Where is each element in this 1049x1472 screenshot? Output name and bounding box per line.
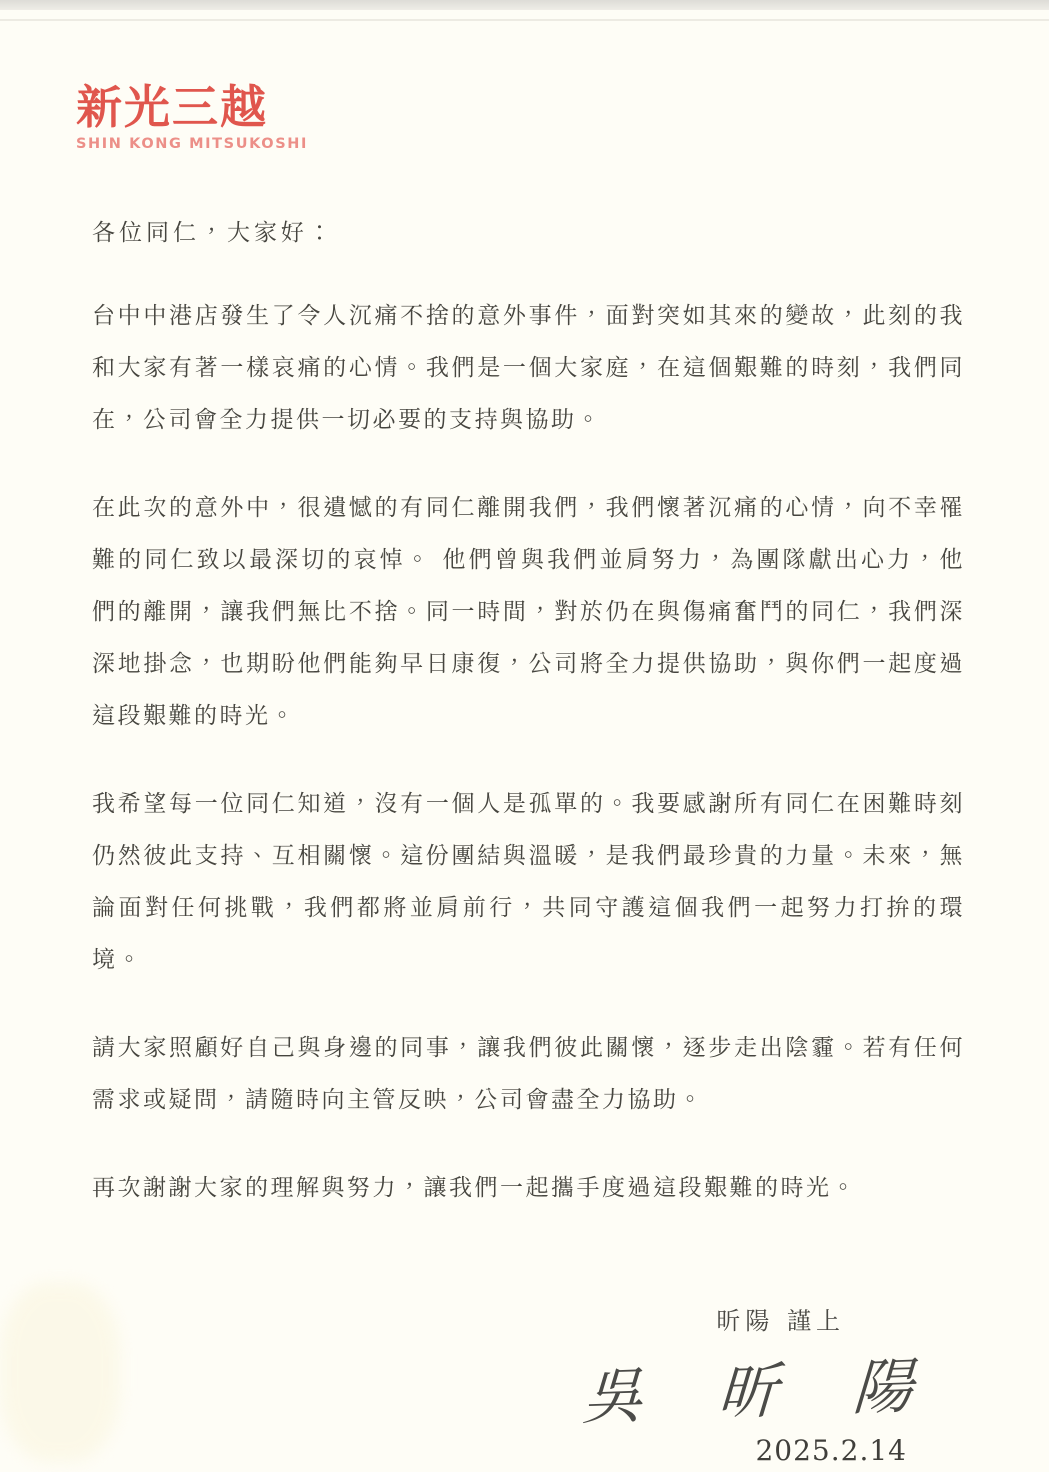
letter-paragraph-4: 請大家照顧好自己與身邊的同事，讓我們彼此關懷，逐步走出陰霾。若有任何需求或疑問，…	[92, 1023, 965, 1127]
letter-paragraph-1: 台中中港店發生了令人沉痛不捨的意外事件，面對突如其來的變故，此刻的我和大家有著一…	[92, 291, 965, 447]
signature-block: 昕陽 謹上 吳 昕 陽 2025.2.14	[92, 1301, 965, 1467]
letter-paragraph-3: 我希望每一位同仁知道，沒有一個人是孤單的。我要感謝所有同仁在困難時刻仍然彼此支持…	[92, 779, 965, 987]
letter-closing: 昕陽 謹上	[716, 1301, 845, 1336]
letter-greeting: 各位同仁，大家好：	[92, 214, 965, 247]
scan-artifact-top-band	[0, 0, 1049, 10]
letter-date: 2025.2.14	[755, 1434, 907, 1467]
brand-logo-english-wordmark: SHIN KONG MITSUKOSHI	[76, 136, 308, 152]
brand-logo-chinese-wordmark: 新光三越	[76, 82, 308, 133]
letter-paragraph-5: 再次謝謝大家的理解與努力，讓我們一起攜手度過這段艱難的時光。	[92, 1163, 965, 1215]
scanned-letter-page: 新光三越 SHIN KONG MITSUKOSHI 各位同仁，大家好： 台中中港…	[0, 0, 1049, 1472]
letter-paragraph-2: 在此次的意外中，很遺憾的有同仁離開我們，我們懷著沉痛的心情，向不幸罹難的同仁致以…	[92, 483, 965, 743]
letter-body: 各位同仁，大家好： 台中中港店發生了令人沉痛不捨的意外事件，面對突如其來的變故，…	[92, 214, 965, 1467]
brand-logo: 新光三越 SHIN KONG MITSUKOSHI	[76, 82, 308, 152]
scan-artifact-line	[0, 19, 1049, 21]
handwritten-signature: 吳 昕 陽	[581, 1337, 943, 1436]
